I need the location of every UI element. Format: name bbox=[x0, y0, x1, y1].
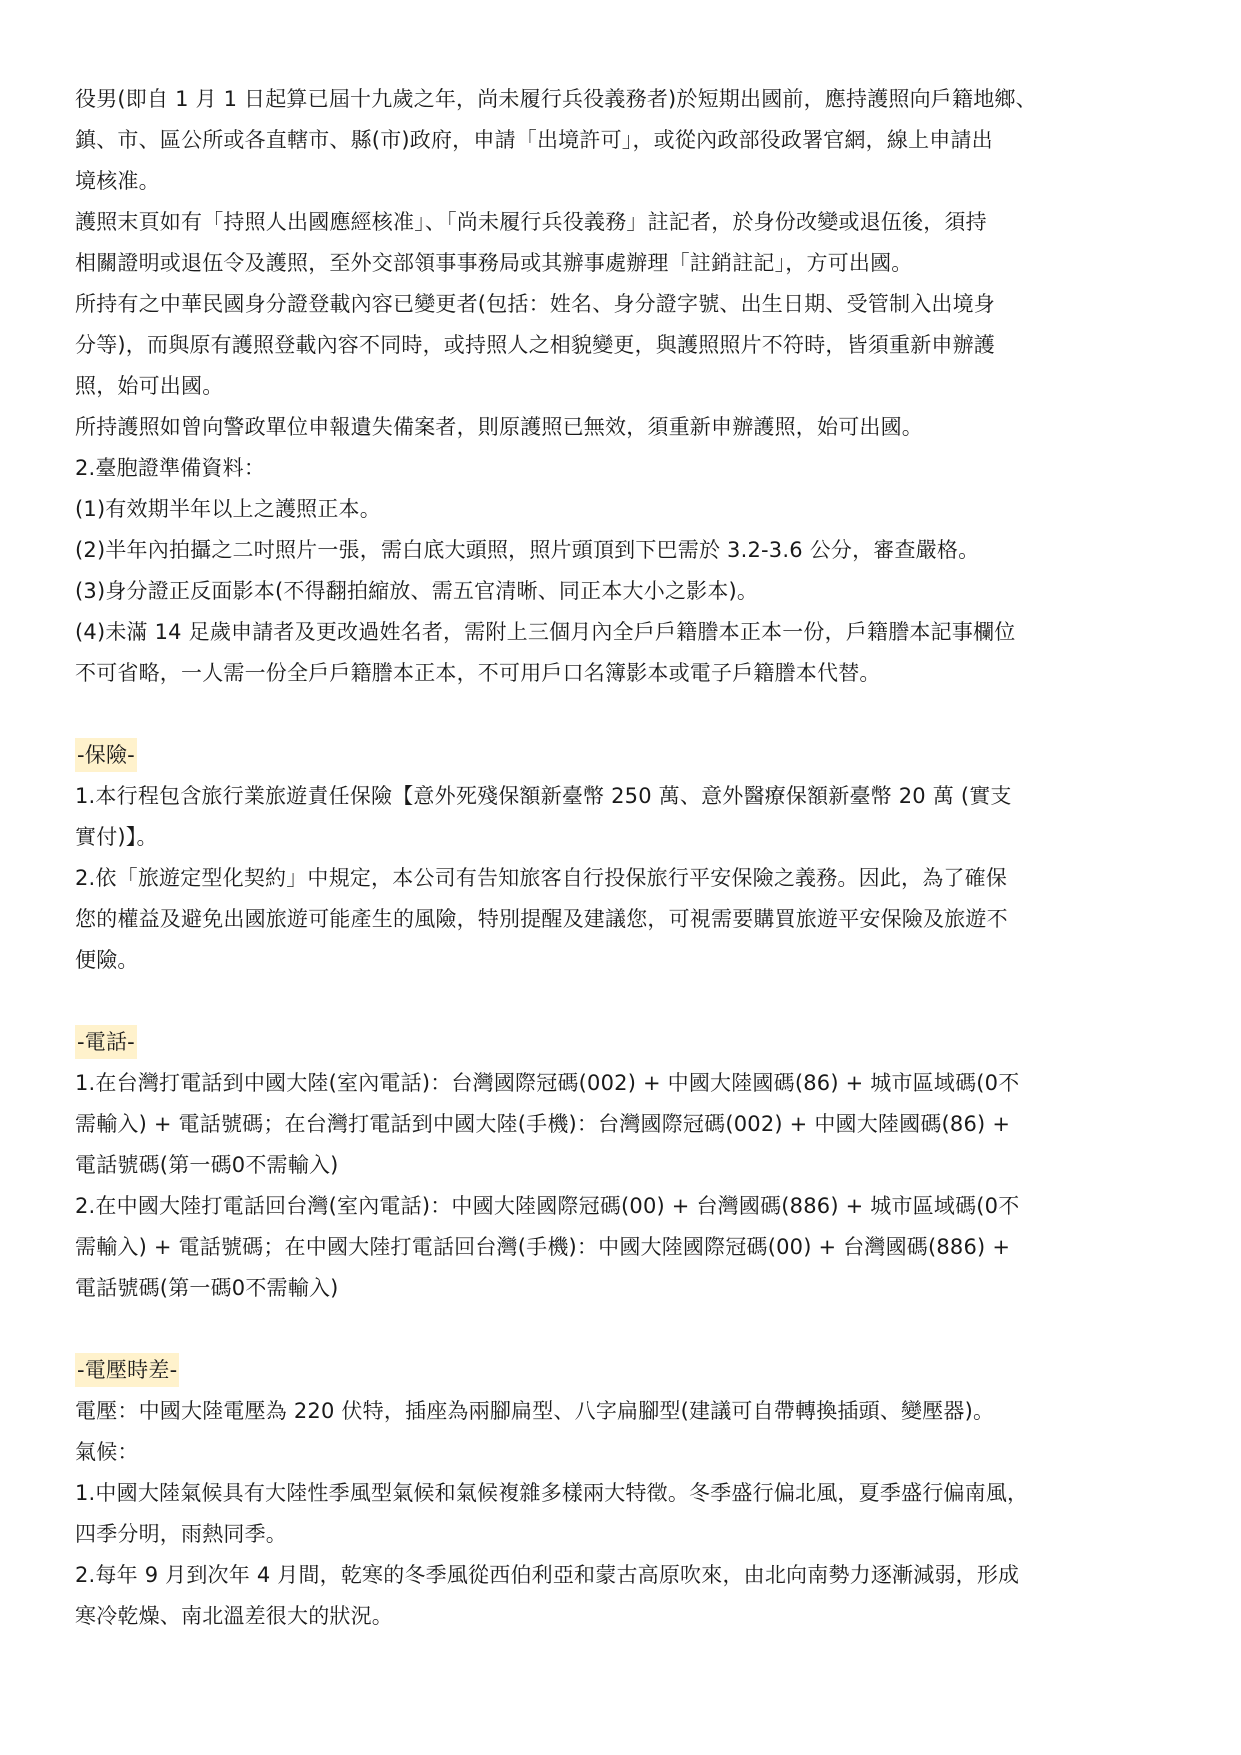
document-page: 役男(即自 1 月 1 日起算已屆十九歲之年，尚未履行兵役義務者)於短期出國前，… bbox=[75, 79, 1167, 1637]
voltage-section: -電壓時差- 電壓：中國大陸電壓為 220 伏特，插座為兩腳扁型、八字扁腳型(建… bbox=[75, 1350, 1167, 1637]
text-line: 2.每年 9 月到次年 4 月間，乾寒的冬季風從西伯利亞和蒙古高原吹來，由北向南… bbox=[75, 1555, 1167, 1596]
climate-label: 氣候： bbox=[75, 1432, 1167, 1473]
text-line: 2.在中國大陸打電話回台灣(室內電話)：中國大陸國際冠碼(00) + 台灣國碼(… bbox=[75, 1186, 1167, 1227]
text-line: 所持護照如曾向警政單位申報遺失備案者，則原護照已無效，須重新申辦護照，始可出國。 bbox=[75, 407, 1167, 448]
text-line: (1)有效期半年以上之護照正本。 bbox=[75, 489, 1167, 530]
voltage-info: 電壓：中國大陸電壓為 220 伏特，插座為兩腳扁型、八字扁腳型(建議可自帶轉換插… bbox=[75, 1391, 1167, 1432]
climate-item-2: 2.每年 9 月到次年 4 月間，乾寒的冬季風從西伯利亞和蒙古高原吹來，由北向南… bbox=[75, 1555, 1167, 1637]
requirement-1: (1)有效期半年以上之護照正本。 bbox=[75, 489, 1167, 530]
text-line: 護照末頁如有「持照人出國應經核准」、「尚未履行兵役義務」註記者，於身份改變或退伍… bbox=[75, 202, 1167, 243]
text-line: 分等)，而與原有護照登載內容不同時，或持照人之相貌變更，與護照照片不符時，皆須重… bbox=[75, 325, 1167, 366]
id-change-reissue-paragraph: 所持有之中華民國身分證登載內容已變更者(包括：姓名、身分證字號、出生日期、受管制… bbox=[75, 284, 1167, 407]
insurance-item-2: 2.依「旅遊定型化契約」中規定，本公司有告知旅客自行投保旅行平安保險之義務。因此… bbox=[75, 858, 1167, 981]
text-line: 1.本行程包含旅行業旅遊責任保險【意外死殘保額新臺幣 250 萬、意外醫療保額新… bbox=[75, 776, 1167, 817]
section-heading-insurance: -保險- bbox=[75, 738, 137, 772]
section-heading-voltage: -電壓時差- bbox=[75, 1353, 179, 1387]
passport-section: 役男(即自 1 月 1 日起算已屆十九歲之年，尚未履行兵役義務者)於短期出國前，… bbox=[75, 79, 1167, 694]
text-line: 境核准。 bbox=[75, 161, 1167, 202]
text-line: (3)身分證正反面影本(不得翻拍縮放、需五官清晰、同正本大小之影本)。 bbox=[75, 571, 1167, 612]
text-line: 寒冷乾燥、南北溫差很大的狀況。 bbox=[75, 1596, 1167, 1637]
climate-item-1: 1.中國大陸氣候具有大陸性季風型氣候和氣候複雜多樣兩大特徵。冬季盛行偏北風，夏季… bbox=[75, 1473, 1167, 1555]
text-line: 實付)】。 bbox=[75, 817, 1167, 858]
phone-section: -電話- 1.在台灣打電話到中國大陸(室內電話)：台灣國際冠碼(002) + 中… bbox=[75, 1022, 1167, 1309]
taiwan-compatriot-permit-title: 2.臺胞證準備資料： bbox=[75, 448, 1167, 489]
insurance-item-1: 1.本行程包含旅行業旅遊責任保險【意外死殘保額新臺幣 250 萬、意外醫療保額新… bbox=[75, 776, 1167, 858]
spacer bbox=[75, 981, 1167, 1022]
text-line: 氣候： bbox=[75, 1432, 1167, 1473]
text-line: 役男(即自 1 月 1 日起算已屆十九歲之年，尚未履行兵役義務者)於短期出國前，… bbox=[75, 79, 1167, 120]
text-line: 需輸入) + 電話號碼；在中國大陸打電話回台灣(手機)：中國大陸國際冠碼(00)… bbox=[75, 1227, 1167, 1268]
text-line: 1.中國大陸氣候具有大陸性季風型氣候和氣候複雜多樣兩大特徵。冬季盛行偏北風，夏季… bbox=[75, 1473, 1167, 1514]
text-line: 相關證明或退伍令及護照，至外交部領事事務局或其辦事處辦理「註銷註記」，方可出國。 bbox=[75, 243, 1167, 284]
text-line: 您的權益及避免出國旅遊可能產生的風險，特別提醒及建議您，可視需要購買旅遊平安保險… bbox=[75, 899, 1167, 940]
text-line: 電話號碼(第一碼0不需輸入) bbox=[75, 1145, 1167, 1186]
text-line: 鎮、市、區公所或各直轄市、縣(市)政府，申請「出境許可」，或從內政部役政署官網，… bbox=[75, 120, 1167, 161]
text-line: (4)未滿 14 足歲申請者及更改過姓名者，需附上三個月內全戶戶籍謄本正本一份，… bbox=[75, 612, 1167, 653]
text-line: 不可省略，一人需一份全戶戶籍謄本正本，不可用戶口名簿影本或電子戶籍謄本代替。 bbox=[75, 653, 1167, 694]
spacer bbox=[75, 1309, 1167, 1350]
requirement-2: (2)半年內拍攝之二吋照片一張，需白底大頭照，照片頭頂到下巴需於 3.2-3.6… bbox=[75, 530, 1167, 571]
text-line: 電壓：中國大陸電壓為 220 伏特，插座為兩腳扁型、八字扁腳型(建議可自帶轉換插… bbox=[75, 1391, 1167, 1432]
text-line: 2.臺胞證準備資料： bbox=[75, 448, 1167, 489]
phone-item-1: 1.在台灣打電話到中國大陸(室內電話)：台灣國際冠碼(002) + 中國大陸國碼… bbox=[75, 1063, 1167, 1186]
section-heading-phone: -電話- bbox=[75, 1025, 137, 1059]
requirement-3: (3)身分證正反面影本(不得翻拍縮放、需五官清晰、同正本大小之影本)。 bbox=[75, 571, 1167, 612]
text-line: 需輸入) + 電話號碼；在台灣打電話到中國大陸(手機)：台灣國際冠碼(002) … bbox=[75, 1104, 1167, 1145]
text-line: 1.在台灣打電話到中國大陸(室內電話)：台灣國際冠碼(002) + 中國大陸國碼… bbox=[75, 1063, 1167, 1104]
requirement-4: (4)未滿 14 足歲申請者及更改過姓名者，需附上三個月內全戶戶籍謄本正本一份，… bbox=[75, 612, 1167, 694]
spacer bbox=[75, 694, 1167, 735]
insurance-section: -保險- 1.本行程包含旅行業旅遊責任保險【意外死殘保額新臺幣 250 萬、意外… bbox=[75, 735, 1167, 981]
military-exit-permit-paragraph: 役男(即自 1 月 1 日起算已屆十九歲之年，尚未履行兵役義務者)於短期出國前，… bbox=[75, 79, 1167, 202]
passport-annotation-removal-paragraph: 護照末頁如有「持照人出國應經核准」、「尚未履行兵役義務」註記者，於身份改變或退伍… bbox=[75, 202, 1167, 284]
text-line: (2)半年內拍攝之二吋照片一張，需白底大頭照，照片頭頂到下巴需於 3.2-3.6… bbox=[75, 530, 1167, 571]
text-line: 照，始可出國。 bbox=[75, 366, 1167, 407]
text-line: 所持有之中華民國身分證登載內容已變更者(包括：姓名、身分證字號、出生日期、受管制… bbox=[75, 284, 1167, 325]
text-line: 電話號碼(第一碼0不需輸入) bbox=[75, 1268, 1167, 1309]
text-line: 2.依「旅遊定型化契約」中規定，本公司有告知旅客自行投保旅行平安保險之義務。因此… bbox=[75, 858, 1167, 899]
lost-passport-paragraph: 所持護照如曾向警政單位申報遺失備案者，則原護照已無效，須重新申辦護照，始可出國。 bbox=[75, 407, 1167, 448]
phone-item-2: 2.在中國大陸打電話回台灣(室內電話)：中國大陸國際冠碼(00) + 台灣國碼(… bbox=[75, 1186, 1167, 1309]
text-line: 便險。 bbox=[75, 940, 1167, 981]
text-line: 四季分明，雨熱同季。 bbox=[75, 1514, 1167, 1555]
